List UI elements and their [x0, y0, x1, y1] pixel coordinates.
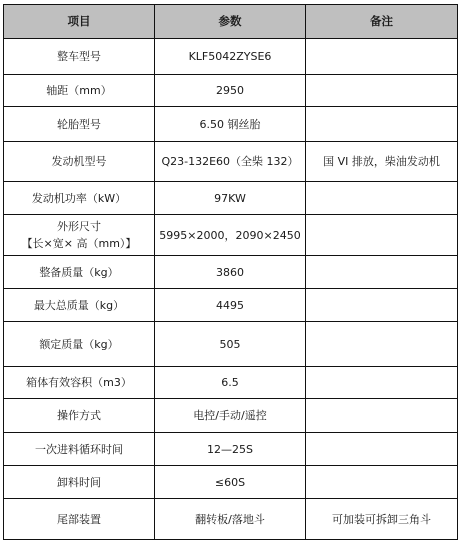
cell-note	[306, 215, 458, 256]
cell-note: 可加装可拆卸三角斗	[306, 499, 458, 540]
table-row: 额定质量（kg） 505	[4, 322, 458, 367]
cell-item-line2: 【长×宽× 高（mm）】	[8, 235, 150, 252]
cell-param: 3860	[155, 256, 306, 289]
cell-item: 箱体有效容积（m3）	[4, 367, 155, 399]
table-row: 外形尺寸 【长×宽× 高（mm）】 5995×2000，2090×2450	[4, 215, 458, 256]
table-row: 整车型号 KLF5042ZYSE6	[4, 39, 458, 75]
cell-param: Q23-132E60（全柴 132）	[155, 142, 306, 182]
header-row: 项目 参数 备注	[4, 5, 458, 39]
cell-item: 卸料时间	[4, 466, 155, 499]
cell-note	[306, 433, 458, 466]
cell-param: 6.5	[155, 367, 306, 399]
cell-note	[306, 75, 458, 107]
cell-param: 12—25S	[155, 433, 306, 466]
cell-param: 505	[155, 322, 306, 367]
cell-note	[306, 107, 458, 142]
cell-param: 4495	[155, 289, 306, 322]
cell-param: 5995×2000，2090×2450	[155, 215, 306, 256]
table-row: 整备质量（kg） 3860	[4, 256, 458, 289]
table-row: 轮胎型号 6.50 钢丝胎	[4, 107, 458, 142]
header-item: 项目	[4, 5, 155, 39]
cell-item: 整备质量（kg）	[4, 256, 155, 289]
cell-param: KLF5042ZYSE6	[155, 39, 306, 75]
table-row: 尾部装置 翻转板/落地斗 可加装可拆卸三角斗	[4, 499, 458, 540]
cell-item: 外形尺寸 【长×宽× 高（mm）】	[4, 215, 155, 256]
cell-param: 翻转板/落地斗	[155, 499, 306, 540]
table-row: 一次进料循环时间 12—25S	[4, 433, 458, 466]
table-row: 卸料时间 ≤60S	[4, 466, 458, 499]
cell-item: 发动机型号	[4, 142, 155, 182]
cell-note	[306, 466, 458, 499]
cell-note: 国 VI 排放，柴油发动机	[306, 142, 458, 182]
table-row: 操作方式 电控/手动/遥控	[4, 399, 458, 433]
cell-note	[306, 182, 458, 215]
cell-item: 轴距（mm）	[4, 75, 155, 107]
table-row: 轴距（mm） 2950	[4, 75, 458, 107]
cell-param: ≤60S	[155, 466, 306, 499]
cell-item-line1: 外形尺寸	[8, 218, 150, 235]
cell-param: 电控/手动/遥控	[155, 399, 306, 433]
header-param: 参数	[155, 5, 306, 39]
table-row: 发动机型号 Q23-132E60（全柴 132） 国 VI 排放，柴油发动机	[4, 142, 458, 182]
table-row: 最大总质量（kg） 4495	[4, 289, 458, 322]
header-note: 备注	[306, 5, 458, 39]
table-row: 箱体有效容积（m3） 6.5	[4, 367, 458, 399]
cell-note	[306, 399, 458, 433]
spec-table: 项目 参数 备注 整车型号 KLF5042ZYSE6 轴距（mm） 2950 轮…	[3, 4, 458, 540]
cell-note	[306, 322, 458, 367]
cell-item: 操作方式	[4, 399, 155, 433]
cell-item: 最大总质量（kg）	[4, 289, 155, 322]
cell-note	[306, 39, 458, 75]
cell-item: 整车型号	[4, 39, 155, 75]
cell-note	[306, 367, 458, 399]
cell-item: 一次进料循环时间	[4, 433, 155, 466]
cell-note	[306, 289, 458, 322]
cell-item: 轮胎型号	[4, 107, 155, 142]
cell-param: 97KW	[155, 182, 306, 215]
cell-param: 2950	[155, 75, 306, 107]
table-row: 发动机功率（kW） 97KW	[4, 182, 458, 215]
cell-item: 发动机功率（kW）	[4, 182, 155, 215]
cell-item: 尾部装置	[4, 499, 155, 540]
cell-note	[306, 256, 458, 289]
cell-item: 额定质量（kg）	[4, 322, 155, 367]
cell-param: 6.50 钢丝胎	[155, 107, 306, 142]
